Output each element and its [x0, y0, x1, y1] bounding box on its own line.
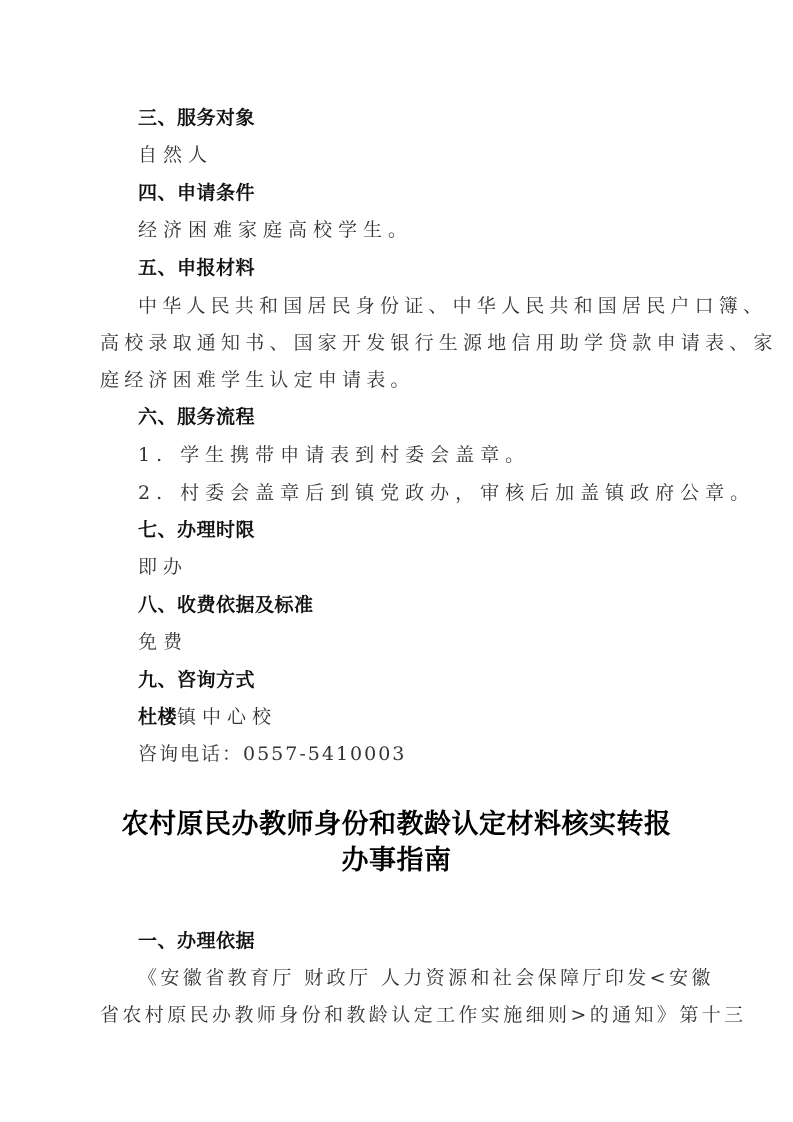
- body-contact-phone: 咨询电话：0557-5410003: [138, 742, 406, 766]
- body-fee: 免费: [138, 630, 188, 654]
- body-materials-line-1: 中华人民共和国居民身份证、中华人民共和国居民户口簿、: [138, 294, 767, 318]
- heading-service-process: 六、服务流程: [138, 405, 255, 429]
- body-basis-line-2: 省农村原民办教师身份和教龄认定工作实施细则>的通知》第十三: [100, 1003, 747, 1027]
- document-page: 三、服务对象 自然人 四、申请条件 经济困难家庭高校学生。 五、申报材料 中华人…: [0, 0, 793, 1122]
- body-service-target: 自然人: [138, 143, 213, 167]
- body-application-conditions: 经济困难家庭高校学生。: [138, 218, 413, 242]
- body-contact-org: 杜楼镇中心校: [138, 705, 277, 729]
- body-process-step-2: 2. 村委会盖章后到镇党政办，审核后加盖镇政府公章。: [138, 481, 755, 505]
- body-materials-line-2: 高校录取通知书、国家开发银行生源地信用助学贷款申请表、家: [100, 331, 778, 355]
- heading-application-conditions: 四、申请条件: [138, 181, 255, 205]
- guide-title-line-2: 办事指南: [0, 844, 793, 878]
- heading-consultation: 九、咨询方式: [138, 668, 255, 692]
- guide-title-line-1: 农村原民办教师身份和教龄认定材料核实转报: [0, 808, 793, 842]
- body-basis-line-1: 《安徽省教育厅 财政厅 人力资源和社会保障厅印发<安徽: [138, 966, 714, 990]
- contact-org-school: 镇中心校: [177, 706, 277, 728]
- heading-service-target: 三、服务对象: [138, 106, 255, 130]
- heading-basis: 一、办理依据: [138, 929, 255, 953]
- heading-time-limit: 七、办理时限: [138, 518, 255, 542]
- contact-org-town: 杜楼: [138, 706, 177, 728]
- heading-fee-basis: 八、收费依据及标准: [138, 593, 314, 617]
- body-process-step-1: 1. 学生携带申请表到村委会盖章。: [138, 443, 530, 467]
- body-materials-line-3: 庭经济困难学生认定申请表。: [100, 368, 415, 392]
- body-time-limit: 即办: [138, 555, 188, 579]
- heading-application-materials: 五、申报材料: [138, 256, 255, 280]
